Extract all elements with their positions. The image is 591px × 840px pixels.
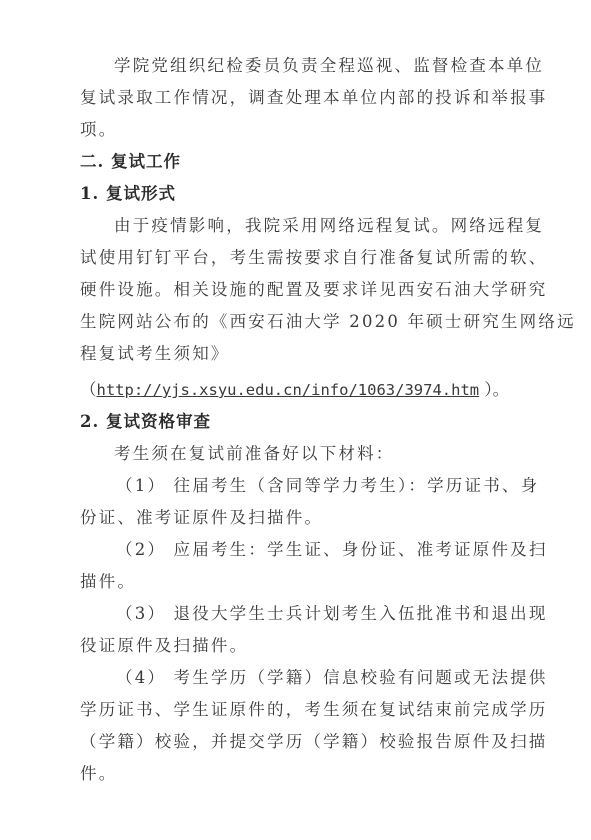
format-line-5: 程复试考生须知》 xyxy=(80,338,458,370)
item-1-line-2: 份证、准考证原件及扫描件。 xyxy=(80,502,458,534)
item-3-line-2: 役证原件及扫描件。 xyxy=(80,630,458,662)
format-line-2: 试使用钉钉平台，考生需按要求自行准备复试所需的软、 xyxy=(80,242,458,274)
item-4-line-1: （4） 考生学历（学籍）信息校验有问题或无法提供 xyxy=(80,662,458,694)
item-4-line-2: 学历证书、学生证原件的，考生须在复试结束前完成学历 xyxy=(80,694,458,726)
item-4-line-4: 件。 xyxy=(80,758,458,790)
notice-link[interactable]: http://yjs.xsyu.edu.cn/info/1063/3974.ht… xyxy=(97,381,480,399)
item-2-line-2: 描件。 xyxy=(80,566,458,598)
format-line-3: 硬件设施。相关设施的配置及要求详见西安石油大学研究 xyxy=(80,274,458,306)
document-page: 学院党组织纪检委员负责全程巡视、监督检查本单位 复试录取工作情况，调查处理本单位… xyxy=(80,50,458,790)
item-3-line-1: （3） 退役大学生士兵计划考生入伍批准书和退出现 xyxy=(80,598,458,630)
item-1-line-1: （1） 往届考生（含同等学力考生）：学历证书、身 xyxy=(80,470,458,502)
subsection-heading-2: 2. 复试资格审查 xyxy=(80,406,458,438)
section-heading: 二. 复试工作 xyxy=(80,146,458,178)
format-line-1: 由于疫情影响，我院采用网络远程复试。网络远程复 xyxy=(80,210,458,242)
intro-line-2: 复试录取工作情况，调查处理本单位内部的投诉和举报事 xyxy=(80,82,458,114)
item-2-line-1: （2） 应届考生：学生证、身份证、准考证原件及扫 xyxy=(80,534,458,566)
intro-line-1: 学院党组织纪检委员负责全程巡视、监督检查本单位 xyxy=(80,50,458,82)
qualification-intro: 考生须在复试前准备好以下材料： xyxy=(80,438,458,470)
url-open-paren: （ xyxy=(80,380,97,399)
url-line: （http://yjs.xsyu.edu.cn/info/1063/3974.h… xyxy=(80,374,458,406)
format-line-4: 生院网站公布的《西安石油大学 2020 年硕士研究生网络远 xyxy=(80,306,458,338)
intro-line-3: 项。 xyxy=(80,114,458,146)
item-4-line-3: （学籍）校验，并提交学历（学籍）校验报告原件及扫描 xyxy=(80,726,458,758)
subsection-heading-1: 1. 复试形式 xyxy=(80,178,458,210)
url-close-paren: ）。 xyxy=(479,380,509,399)
